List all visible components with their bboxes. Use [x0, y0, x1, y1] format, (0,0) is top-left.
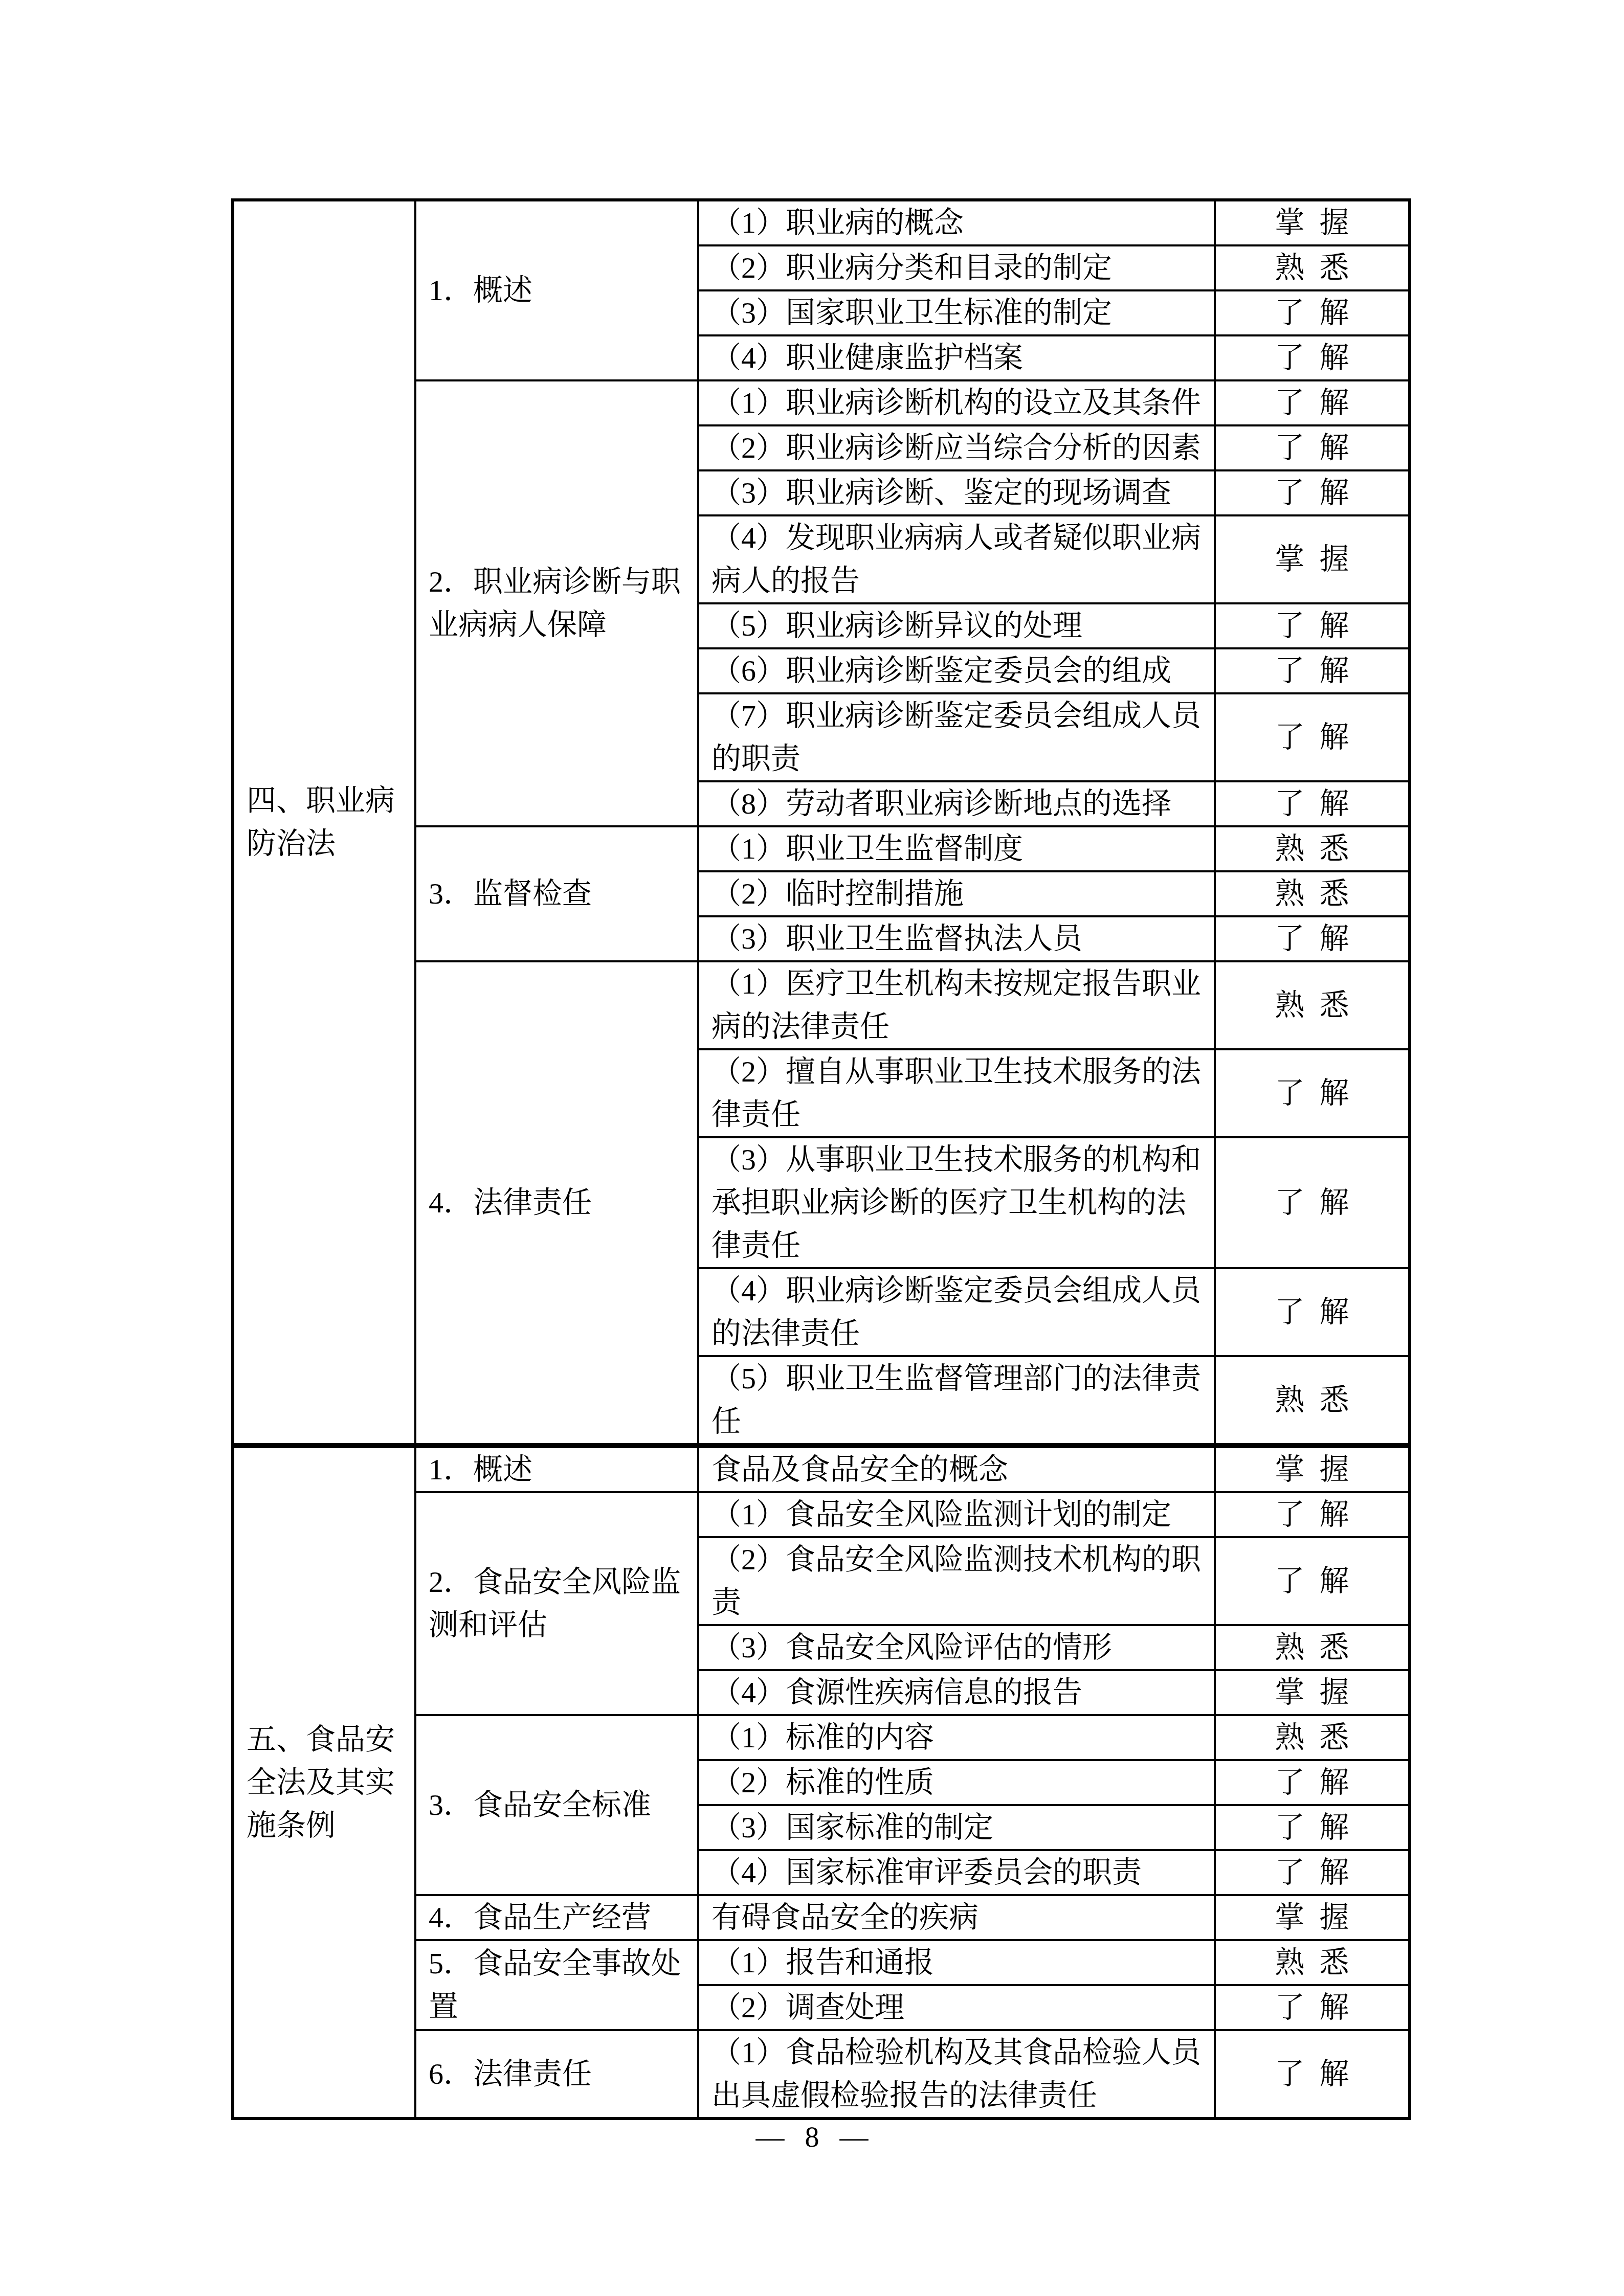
level-text: 了解: [1275, 1856, 1364, 1889]
item-cell: （2）擅自从事职业卫生技术服务的法律责任: [698, 1049, 1215, 1137]
table-row: 四、职业病防治法1．概述（1）职业病的概念掌握: [233, 200, 1410, 245]
level-text: 了解: [1275, 1186, 1364, 1219]
item-cell: （1）标准的内容: [698, 1715, 1215, 1760]
level-cell: 熟悉: [1215, 961, 1410, 1049]
level-cell: 熟悉: [1215, 871, 1410, 916]
subsection-label-cell: 3．食品安全标准: [415, 1715, 698, 1895]
level-text: 熟悉: [1275, 988, 1364, 1022]
item-cell: （1）食品检验机构及其食品检验人员出具虚假检验报告的法律责任: [698, 2030, 1215, 2119]
level-text: 熟悉: [1275, 1946, 1364, 1979]
item-cell: （2）食品安全风险监测技术机构的职责: [698, 1537, 1215, 1625]
level-text: 掌握: [1275, 1676, 1364, 1709]
level-text: 了解: [1275, 1811, 1364, 1844]
item-cell: （5）职业病诊断异议的处理: [698, 603, 1215, 648]
level-cell: 了解: [1215, 1537, 1410, 1625]
level-cell: 了解: [1215, 693, 1410, 781]
level-cell: 了解: [1215, 470, 1410, 515]
level-cell: 熟悉: [1215, 826, 1410, 871]
level-cell: 了解: [1215, 2030, 1410, 2119]
level-text: 了解: [1275, 341, 1364, 374]
item-cell: （3）国家标准的制定: [698, 1805, 1215, 1850]
level-cell: 了解: [1215, 916, 1410, 961]
level-text: 了解: [1275, 1076, 1364, 1110]
level-cell: 了解: [1215, 603, 1410, 648]
level-cell: 了解: [1215, 1137, 1410, 1268]
level-text: 了解: [1275, 2057, 1364, 2090]
level-cell: 了解: [1215, 290, 1410, 335]
level-text: 了解: [1275, 787, 1364, 820]
item-cell: （8）劳动者职业病诊断地点的选择: [698, 781, 1215, 826]
document-page: 四、职业病防治法1．概述（1）职业病的概念掌握（2）职业病分类和目录的制定熟悉（…: [0, 0, 1624, 2296]
subsection-label-cell: 2．职业病诊断与职业病病人保障: [415, 380, 698, 826]
item-cell: （6）职业病诊断鉴定委员会的组成: [698, 648, 1215, 693]
level-cell: 了解: [1215, 1492, 1410, 1537]
item-cell: （1）职业卫生监督制度: [698, 826, 1215, 871]
level-cell: 了解: [1215, 648, 1410, 693]
level-cell: 了解: [1215, 1850, 1410, 1895]
level-cell: 了解: [1215, 1049, 1410, 1137]
level-text: 了解: [1275, 386, 1364, 419]
syllabus-table: 四、职业病防治法1．概述（1）职业病的概念掌握（2）职业病分类和目录的制定熟悉（…: [231, 198, 1411, 2120]
level-cell: 熟悉: [1215, 1940, 1410, 1985]
subsection-label-cell: 1．概述: [415, 200, 698, 380]
item-cell: （2）职业病分类和目录的制定: [698, 245, 1215, 290]
table-row: 五、食品安全法及其实施条例1．概述食品及食品安全的概念掌握: [233, 1446, 1410, 1492]
level-text: 了解: [1275, 609, 1364, 642]
item-cell: （4）国家标准审评委员会的职责: [698, 1850, 1215, 1895]
item-cell: （2）标准的性质: [698, 1760, 1215, 1805]
level-cell: 掌握: [1215, 1446, 1410, 1492]
item-cell: （4）食源性疾病信息的报告: [698, 1670, 1215, 1715]
item-cell: （7）职业病诊断鉴定委员会组成人员的职责: [698, 693, 1215, 781]
level-text: 掌握: [1275, 1901, 1364, 1934]
level-text: 掌握: [1275, 206, 1364, 239]
item-cell: （1）职业病诊断机构的设立及其条件: [698, 380, 1215, 425]
item-cell: （4）职业健康监护档案: [698, 335, 1215, 380]
level-text: 了解: [1275, 476, 1364, 509]
subsection-label-cell: 3．监督检查: [415, 826, 698, 961]
level-cell: 熟悉: [1215, 1625, 1410, 1670]
level-cell: 了解: [1215, 781, 1410, 826]
item-cell: （5）职业卫生监督管理部门的法律责任: [698, 1356, 1215, 1446]
item-cell: 有碍食品安全的疾病: [698, 1895, 1215, 1940]
level-text: 了解: [1275, 1295, 1364, 1329]
level-text: 熟悉: [1275, 251, 1364, 284]
level-cell: 熟悉: [1215, 245, 1410, 290]
item-cell: （2）临时控制措施: [698, 871, 1215, 916]
level-cell: 了解: [1215, 1985, 1410, 2030]
subsection-label-cell: 4．法律责任: [415, 961, 698, 1446]
level-cell: 了解: [1215, 380, 1410, 425]
level-text: 了解: [1275, 1564, 1364, 1597]
level-cell: 掌握: [1215, 515, 1410, 603]
level-cell: 熟悉: [1215, 1715, 1410, 1760]
level-cell: 了解: [1215, 1805, 1410, 1850]
subsection-label-cell: 1．概述: [415, 1446, 698, 1492]
level-text: 了解: [1275, 654, 1364, 687]
level-cell: 了解: [1215, 1760, 1410, 1805]
section-title-cell: 五、食品安全法及其实施条例: [233, 1446, 415, 2119]
item-cell: （4）职业病诊断鉴定委员会组成人员的法律责任: [698, 1268, 1215, 1356]
level-text: 掌握: [1275, 1453, 1364, 1486]
level-text: 熟悉: [1275, 877, 1364, 910]
item-cell: （4）发现职业病病人或者疑似职业病病人的报告: [698, 515, 1215, 603]
item-cell: （2）调查处理: [698, 1985, 1215, 2030]
item-cell: （3）职业病诊断、鉴定的现场调查: [698, 470, 1215, 515]
page-number: — 8 —: [0, 2117, 1624, 2158]
level-text: 了解: [1275, 431, 1364, 464]
item-cell: （1）报告和通报: [698, 1940, 1215, 1985]
level-cell: 掌握: [1215, 1895, 1410, 1940]
level-cell: 了解: [1215, 335, 1410, 380]
level-text: 熟悉: [1275, 1721, 1364, 1754]
level-text: 了解: [1275, 922, 1364, 955]
section-title-cell: 四、职业病防治法: [233, 200, 415, 1446]
level-cell: 掌握: [1215, 200, 1410, 245]
level-cell: 掌握: [1215, 1670, 1410, 1715]
item-cell: （1）食品安全风险监测计划的制定: [698, 1492, 1215, 1537]
item-cell: （3）国家职业卫生标准的制定: [698, 290, 1215, 335]
level-text: 了解: [1275, 1766, 1364, 1799]
level-cell: 了解: [1215, 1268, 1410, 1356]
level-text: 了解: [1275, 1991, 1364, 2024]
subsection-label-cell: 4．食品生产经营: [415, 1895, 698, 1940]
item-cell: （3）从事职业卫生技术服务的机构和承担职业病诊断的医疗卫生机构的法律责任: [698, 1137, 1215, 1268]
level-text: 了解: [1275, 721, 1364, 754]
level-text: 掌握: [1275, 543, 1364, 576]
level-text: 了解: [1275, 1498, 1364, 1531]
subsection-label-cell: 5．食品安全事故处置: [415, 1940, 698, 2030]
level-text: 熟悉: [1275, 1631, 1364, 1664]
item-cell: （3）食品安全风险评估的情形: [698, 1625, 1215, 1670]
subsection-label-cell: 6．法律责任: [415, 2030, 698, 2119]
level-text: 了解: [1275, 296, 1364, 329]
item-cell: （1）职业病的概念: [698, 200, 1215, 245]
subsection-label-cell: 2．食品安全风险监测和评估: [415, 1492, 698, 1715]
level-cell: 了解: [1215, 425, 1410, 470]
level-cell: 熟悉: [1215, 1356, 1410, 1446]
syllabus-table-body: 四、职业病防治法1．概述（1）职业病的概念掌握（2）职业病分类和目录的制定熟悉（…: [233, 200, 1410, 2119]
item-cell: （1）医疗卫生机构未按规定报告职业病的法律责任: [698, 961, 1215, 1049]
item-cell: （2）职业病诊断应当综合分析的因素: [698, 425, 1215, 470]
level-text: 熟悉: [1275, 1383, 1364, 1416]
item-cell: （3）职业卫生监督执法人员: [698, 916, 1215, 961]
item-cell: 食品及食品安全的概念: [698, 1446, 1215, 1492]
level-text: 熟悉: [1275, 832, 1364, 865]
